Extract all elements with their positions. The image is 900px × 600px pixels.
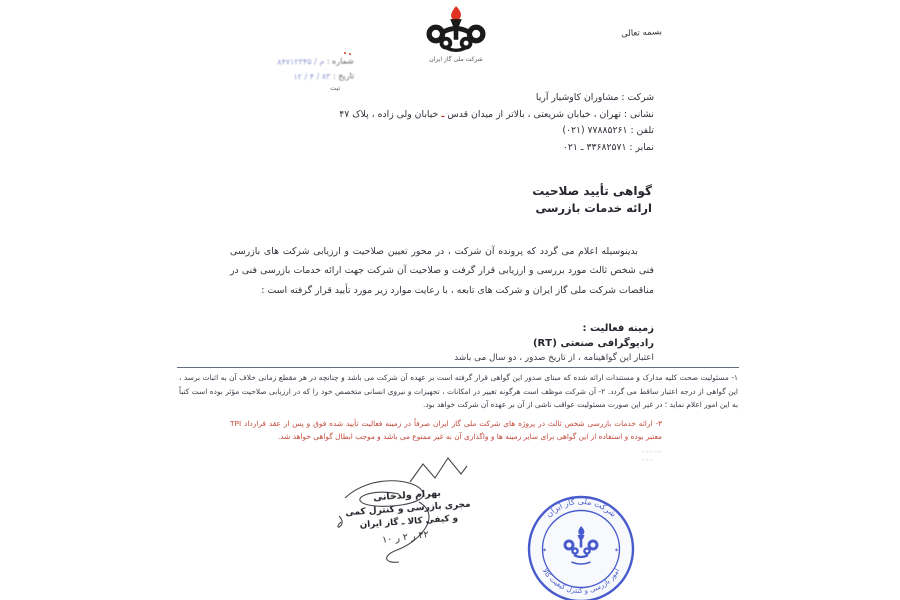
title-line1: گواهی تأیید صلاحیت — [456, 183, 652, 200]
ref-label: شماره : — [327, 56, 354, 65]
blue-dash-row: ـ ـ ـ — [642, 454, 742, 462]
activity-value: رادیوگرافی صنعتی (RT) — [380, 336, 654, 351]
stamp-star-right-icon: ✶ — [614, 547, 619, 554]
blue-dash-row: ـ ـ ـ ـ ـ — [642, 446, 742, 454]
letter-title: گواهی تأیید صلاحیت ارائه خدمات بازرسی — [452, 183, 652, 217]
torch-cup-icon — [450, 19, 462, 26]
recipient-company: شرکت : مشاوران کاوشیار آریا — [320, 90, 654, 107]
stamp-star-left-icon: ✶ — [542, 547, 547, 554]
footnotes-black: ۱- مسئولیت صحت کلیه مدارک و مستندات ارائ… — [179, 371, 738, 412]
signature-zigzag-icon — [410, 458, 467, 482]
scanned-letter-page: شرکت ملی گاز ایران بسمه تعالی شماره : م … — [0, 0, 900, 600]
recipient-address: نشانی : تهران ، خیابان شریعتی ، بالاتر ا… — [320, 107, 654, 124]
recipient-block: شرکت : مشاوران کاوشیار آریا نشانی : تهرا… — [320, 90, 654, 156]
red-speck-marks — [344, 52, 352, 56]
official-round-stamp: شرکت ملی گاز ایران امور بازرسی و کنترل ک… — [522, 490, 640, 600]
date-value: ۸۳ / ۴ / ۱۲ — [293, 72, 330, 82]
scroll-right-icon — [469, 27, 482, 40]
scroll-base-icon — [446, 48, 465, 50]
date-line: تاریخ : ۸۳ / ۴ / ۱۲ — [172, 68, 354, 86]
activity-label: زمینه فعالیت : — [380, 321, 654, 336]
footnote-divider — [177, 367, 739, 368]
ref-date-block: شماره : م / ۸۴۷۱۲۳۴۵ تاریخ : ۸۳ / ۴ / ۱۲ — [172, 53, 354, 86]
address-part2: خیابان ولی زاده ، پلاک ۴۷ — [339, 109, 441, 120]
date-label: تاریخ : — [333, 71, 354, 80]
validity-line: اعتبار این گواهینامه ، از تاریخ صدور ، د… — [380, 351, 654, 366]
footnotes-red: ۳- ارائه خدمات بازرسی شخص ثالث در پروژه … — [230, 417, 662, 443]
bismillah-text: بسمه تعالی — [590, 27, 662, 41]
body-paragraph: بدینوسیله اعلام می گردد که پرونده آن شرک… — [230, 242, 654, 300]
scroll-small-left-icon — [442, 39, 451, 48]
title-line2: ارائه خدمات بازرسی — [456, 200, 652, 217]
logo-caption: شرکت ملی گاز ایران — [429, 55, 483, 63]
address-part1: نشانی : تهران ، خیابان شریعتی ، بالاتر ا… — [444, 109, 654, 120]
faint-blue-marks: ـ ـ ـ ـ ـ ـ ـ ـ — [642, 446, 742, 462]
ref-value: م / ۸۴۷۱۲۳۴۵ — [277, 57, 324, 67]
scroll-left-icon — [429, 27, 442, 40]
torch-flame-icon — [451, 6, 461, 20]
activity-block: زمینه فعالیت : رادیوگرافی صنعتی (RT) اعت… — [380, 321, 654, 366]
nioc-logo: شرکت ملی گاز ایران — [408, 4, 504, 64]
recipient-fax: نمابر : ۳۳۶۸۲۵۷۱ ـ ۰۲۱ — [320, 140, 654, 157]
scroll-small-right-icon — [462, 39, 471, 48]
recipient-phone: تلفن : ۷۷۸۸۵۲۶۱ (۰۲۱) — [320, 123, 654, 140]
